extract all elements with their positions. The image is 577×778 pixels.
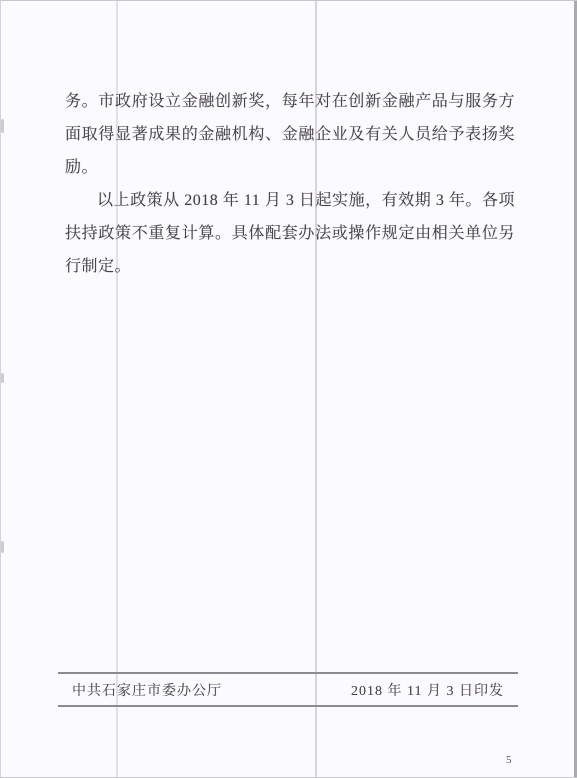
scanned-document-page: 务。市政府设立金融创新奖，每年对在创新金融产品与服务方面取得显著成果的金融机构、… — [0, 0, 577, 778]
issuance-footer: 中共石家庄市委办公厅 2018 年 11 月 3 日印发 — [58, 672, 518, 707]
footer-issuer: 中共石家庄市委办公厅 — [72, 680, 222, 700]
body-paragraph-1: 务。市政府设立金融创新奖，每年对在创新金融产品与服务方面取得显著成果的金融机构、… — [65, 85, 515, 184]
scan-smudge — [1, 119, 4, 133]
footer-print-date: 2018 年 11 月 3 日印发 — [351, 680, 504, 700]
page-number: 5 — [506, 754, 512, 766]
scan-smudge — [1, 373, 4, 383]
document-body: 务。市政府设立金融创新奖，每年对在创新金融产品与服务方面取得显著成果的金融机构、… — [65, 85, 515, 283]
body-paragraph-2: 以上政策从 2018 年 11 月 3 日起实施，有效期 3 年。各项扶持政策不… — [65, 184, 515, 283]
scan-smudge — [1, 541, 4, 553]
